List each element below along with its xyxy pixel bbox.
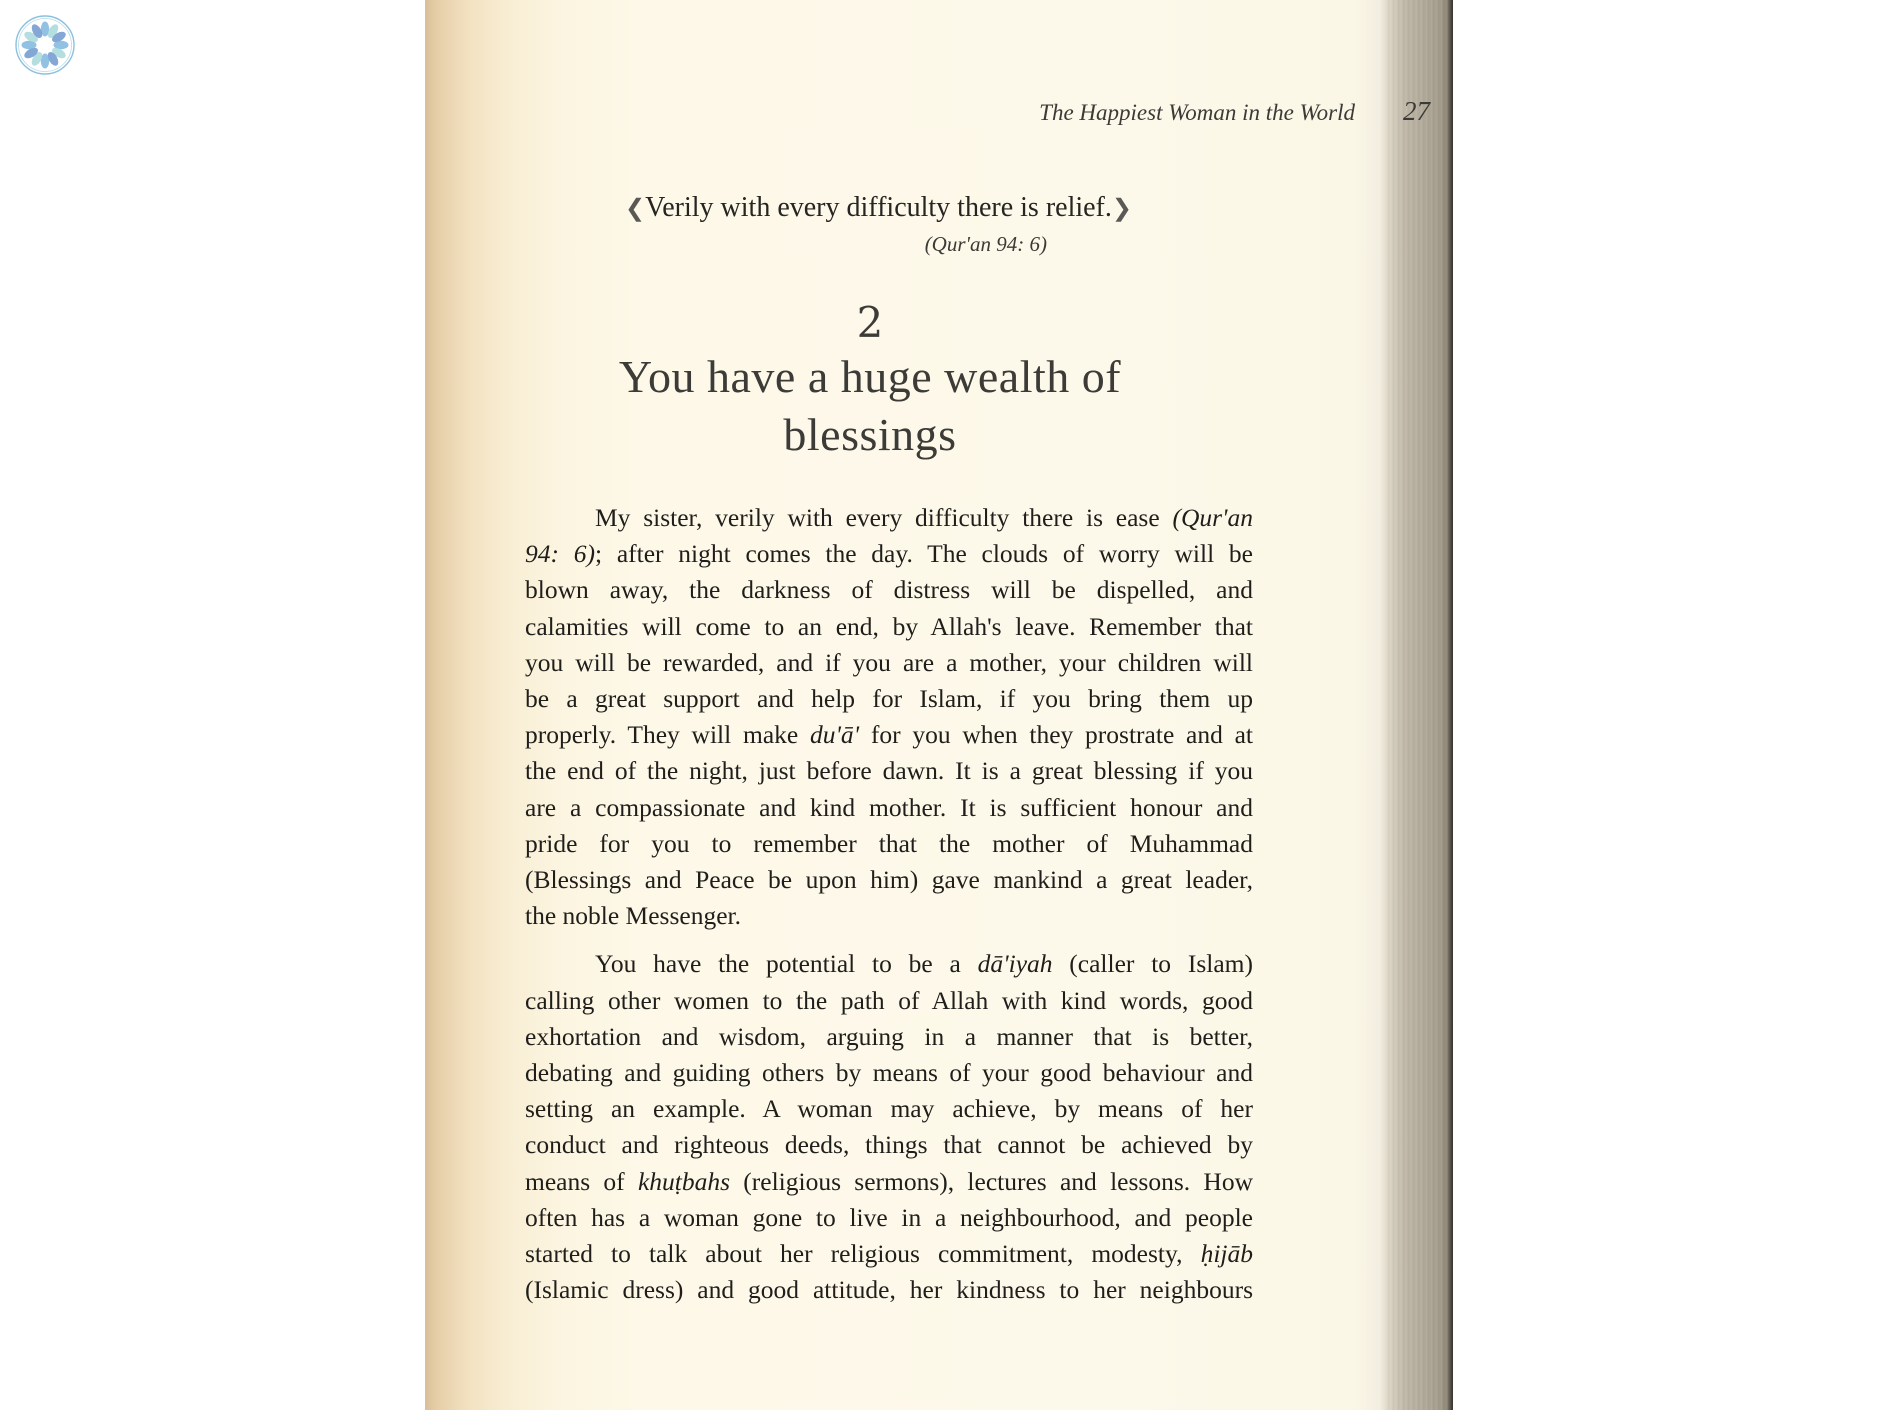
italic-term: (Qur'an: [1172, 503, 1253, 532]
text-line: You have the potential to be a dā'iyah (…: [525, 946, 1253, 982]
text-line: blown away, the darkness of distress wil…: [525, 572, 1253, 608]
text-line: means of khuṭbahs (religious sermons), l…: [525, 1164, 1253, 1200]
text-line: often has a woman gone to live in a neig…: [525, 1200, 1253, 1236]
text-line: exhortation and wisdom, arguing in a man…: [525, 1019, 1253, 1055]
page-edge-stack: [1385, 0, 1451, 1410]
text-line: (Islamic dress) and good attitude, her k…: [525, 1272, 1253, 1308]
italic-term: ḥijāb: [1201, 1239, 1253, 1268]
body-text: My sister, verily with every difficulty …: [525, 500, 1253, 1308]
italic-term: khuṭbahs: [638, 1167, 730, 1196]
ornamental-open-bracket-icon: ❮: [625, 196, 645, 222]
text-line: the end of the night, just before dawn. …: [525, 753, 1253, 789]
logo-svg: [14, 14, 76, 76]
chapter-title-line-2: blessings: [575, 406, 1165, 464]
running-header: The Happiest Woman in the World 27: [830, 96, 1430, 127]
text-line: started to talk about her religious comm…: [525, 1236, 1253, 1272]
text-line: 94: 6); after night comes the day. The c…: [525, 536, 1253, 572]
paragraph: My sister, verily with every difficulty …: [525, 500, 1253, 934]
text-line: setting an example. A woman may achieve,…: [525, 1091, 1253, 1127]
epigraph: ❮Verily with every difficulty there is r…: [625, 192, 1025, 257]
text-line: you will be rewarded, and if you are a m…: [525, 645, 1253, 681]
text-line: are a compassionate and kind mother. It …: [525, 790, 1253, 826]
text-line: conduct and righteous deeds, things that…: [525, 1127, 1253, 1163]
chapter-number: 2: [575, 298, 1165, 348]
rosette-logo-icon: [14, 14, 76, 76]
running-title: The Happiest Woman in the World: [1039, 100, 1355, 126]
text-line: (Blessings and Peace be upon him) gave m…: [525, 862, 1253, 898]
text-line: properly. They will make du'ā' for you w…: [525, 717, 1253, 753]
page-number: 27: [1403, 96, 1430, 127]
italic-term: du'ā': [810, 720, 859, 749]
chapter-heading: 2 You have a huge wealth of blessings: [575, 298, 1165, 464]
text-line: My sister, verily with every difficulty …: [525, 500, 1253, 536]
italic-term: 94: 6): [525, 539, 595, 568]
text-line: pride for you to remember that the mothe…: [525, 826, 1253, 862]
italic-term: dā'iyah: [978, 949, 1053, 978]
text-line: calamities will come to an end, by Allah…: [525, 609, 1253, 645]
chapter-title-line-1: You have a huge wealth of: [575, 348, 1165, 406]
text-line: calling other women to the path of Allah…: [525, 983, 1253, 1019]
paragraph: You have the potential to be a dā'iyah (…: [525, 946, 1253, 1308]
epigraph-quote: ❮Verily with every difficulty there is r…: [625, 192, 1025, 224]
ornamental-close-bracket-icon: ❯: [1112, 196, 1132, 222]
book-page: The Happiest Woman in the World 27 ❮Veri…: [425, 0, 1453, 1410]
epigraph-quote-text: Verily with every difficulty there is re…: [645, 192, 1112, 223]
epigraph-reference: (Qur'an 94: 6): [625, 232, 1047, 257]
text-line: be a great support and help for Islam, i…: [525, 681, 1253, 717]
text-line: the noble Messenger.: [525, 898, 1253, 934]
text-line: debating and guiding others by means of …: [525, 1055, 1253, 1091]
